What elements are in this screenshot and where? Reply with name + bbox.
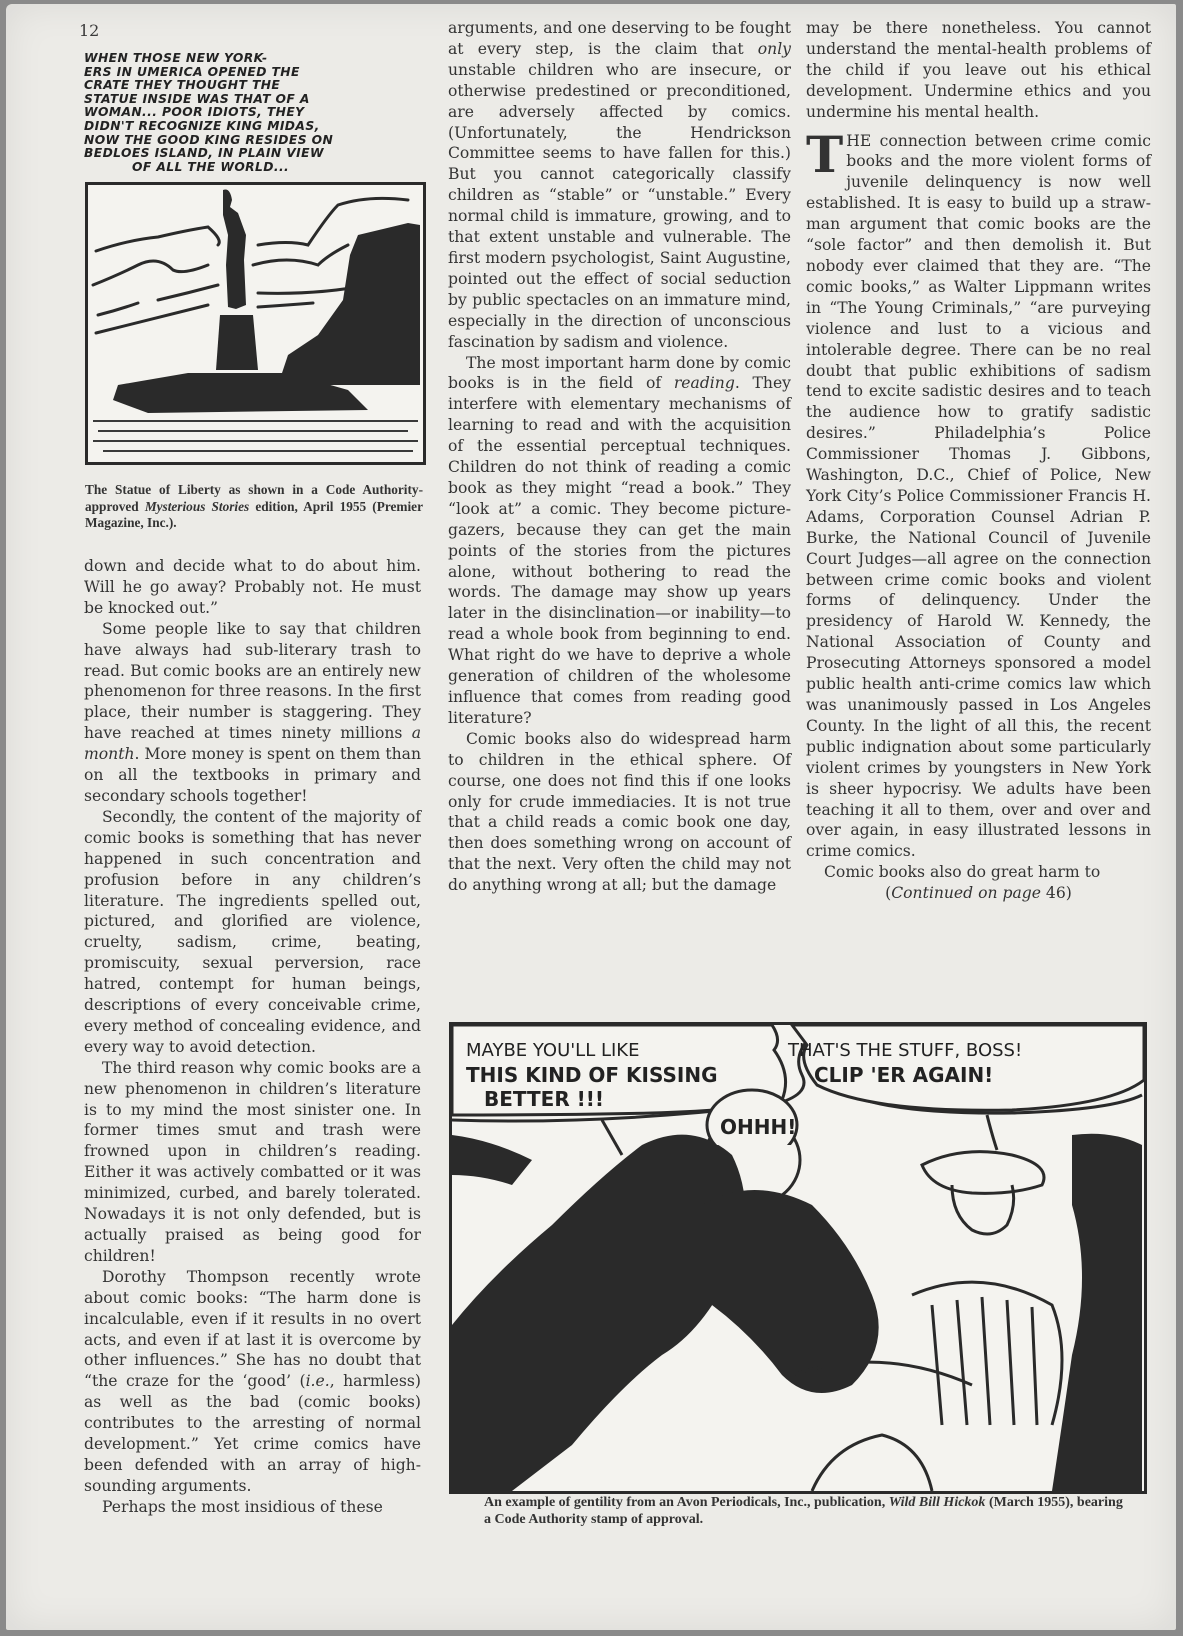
speech-balloon-villain: Maybe you'll like This kind of kissing b…	[466, 1039, 718, 1111]
caption-text: An example of gentility from an Avon Per…	[484, 1495, 889, 1510]
balloon-line: Clip 'er again!	[788, 1063, 1022, 1087]
caption-line: Bedloes Island, in plain view	[84, 147, 424, 161]
caption-line: Now the good King resides on	[84, 134, 424, 148]
balloon-line: This kind of kissing	[466, 1063, 718, 1087]
paragraph: Secondly, the content of the majority of…	[84, 807, 421, 1058]
paragraph: Perhaps the most insidious of these	[84, 1497, 421, 1518]
paragraph: Dorothy Thompson recently wrote about co…	[84, 1267, 421, 1497]
paragraph: Some people like to say that children ha…	[84, 619, 421, 807]
paragraph: down and decide what to do about him. Wi…	[84, 556, 421, 619]
statue-of-liberty-illustration	[85, 182, 426, 465]
balloon-line: better !!!	[466, 1087, 718, 1111]
paragraph-section-start: THE connection between crime comic books…	[806, 131, 1151, 863]
paragraph: Comic books also do widespread harm to c…	[448, 729, 791, 896]
speech-balloon-cowboy: That's the stuff, boss! Clip 'er again!	[788, 1039, 1022, 1087]
caption-title: Wild Bill Hickok	[889, 1495, 986, 1510]
continued-on-page-link[interactable]: (Continued on page 46)	[806, 883, 1151, 904]
statue-comic-caption: When those New York- ers in Umerica open…	[84, 52, 424, 174]
paragraph: The third reason why comic books are a n…	[84, 1058, 421, 1267]
caption-line: woman... Poor idiots, they	[84, 106, 424, 120]
paragraph: may be there nonetheless. You cannot und…	[806, 18, 1151, 123]
paragraph: The most important harm done by comic bo…	[448, 353, 791, 729]
comic-figure-caption: An example of gentility from an Avon Per…	[484, 1494, 1124, 1528]
caption-line: of all the world...	[84, 161, 424, 175]
caption-title: Mysterious Stories	[145, 499, 249, 514]
balloon-line: That's the stuff, boss!	[788, 1039, 1022, 1063]
article-column-2: arguments, and one deserving to be fough…	[448, 18, 791, 896]
caption-line: When those New York-	[84, 52, 424, 66]
article-column-1: down and decide what to do about him. Wi…	[84, 556, 421, 1518]
speech-balloon-woman: Ohhh!	[720, 1115, 796, 1139]
paragraph: Comic books also do great harm to	[806, 862, 1151, 883]
page-number: 12	[79, 21, 99, 40]
article-column-3: may be there nonetheless. You cannot und…	[806, 18, 1151, 904]
magazine-page: 12 When those New York- ers in Umerica o…	[6, 4, 1176, 1630]
drop-cap: T	[806, 135, 843, 175]
statue-figure-caption: The Statue of Liberty as shown in a Code…	[85, 482, 423, 532]
caption-line: statue inside was that of a	[84, 93, 424, 107]
statue-illustration-icon	[88, 185, 423, 462]
paragraph: arguments, and one deserving to be fough…	[448, 18, 791, 353]
wild-bill-hickok-comic-panel: Maybe you'll like This kind of kissing b…	[449, 1022, 1147, 1494]
caption-line: didn't recognize King Midas,	[84, 120, 424, 134]
caption-line: crate they thought the	[84, 79, 424, 93]
caption-line: ers in Umerica opened the	[84, 66, 424, 80]
balloon-line: Maybe you'll like	[466, 1039, 718, 1063]
